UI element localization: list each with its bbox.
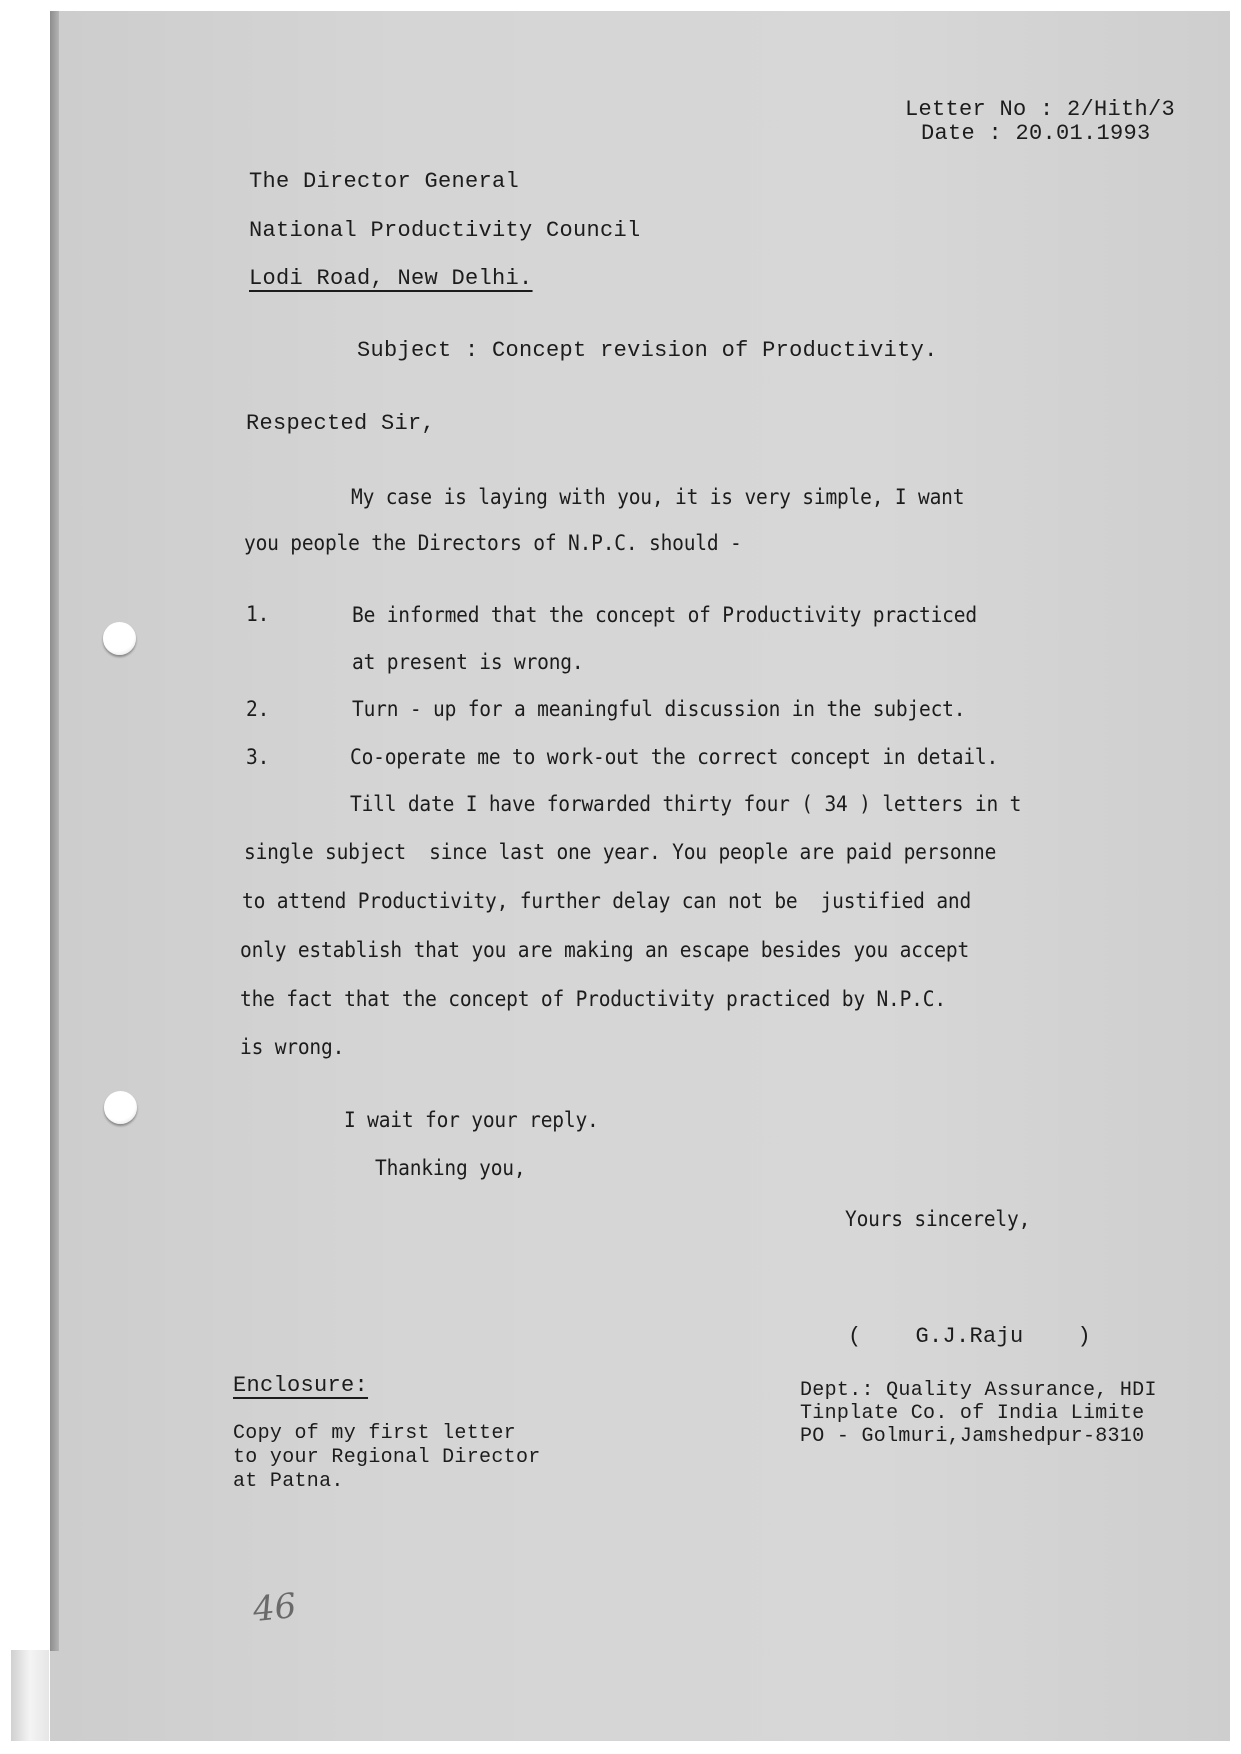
punch-hole-icon bbox=[103, 622, 136, 655]
recipient-line-1: The Director General bbox=[249, 169, 519, 194]
body-paragraph-line: single subject since last one year. You … bbox=[244, 840, 996, 864]
thanks-line: Thanking you, bbox=[375, 1156, 525, 1180]
dept-line-3: PO - Golmuri,Jamshedpur-8310 bbox=[800, 1425, 1144, 1448]
body-paragraph-line: only establish that you are making an es… bbox=[240, 938, 969, 962]
point-number: 1. bbox=[246, 602, 269, 626]
scan-edge-shadow bbox=[50, 11, 59, 1651]
closing-yours: Yours sincerely, bbox=[845, 1207, 1030, 1231]
point-text: at present is wrong. bbox=[352, 650, 583, 674]
body-paragraph-line: to attend Productivity, further delay ca… bbox=[242, 889, 971, 913]
body-intro-line-2: you people the Directors of N.P.C. shoul… bbox=[244, 531, 742, 555]
body-paragraph-line: the fact that the concept of Productivit… bbox=[240, 987, 946, 1011]
enclosure-line-2: to your Regional Director bbox=[233, 1446, 541, 1469]
page-fold bbox=[11, 1650, 49, 1741]
letter-date: Date : 20.01.1993 bbox=[921, 121, 1151, 146]
letter-number: Letter No : 2/Hith/3 bbox=[905, 97, 1175, 122]
body-paragraph-line: Till date I have forwarded thirty four (… bbox=[350, 792, 1021, 816]
body-intro-line-1: My case is laying with you, it is very s… bbox=[351, 485, 964, 509]
enclosure-label: Enclosure: bbox=[233, 1373, 368, 1398]
handwritten-page-number: 46 bbox=[251, 1586, 298, 1630]
subject-line: Subject : Concept revision of Productivi… bbox=[357, 338, 938, 363]
signatory-name: ( G.J.Raju ) bbox=[848, 1324, 1091, 1349]
dept-line-2: Tinplate Co. of India Limite bbox=[800, 1402, 1144, 1425]
point-number: 2. bbox=[246, 697, 269, 721]
enclosure-line-1: Copy of my first letter bbox=[233, 1422, 516, 1445]
point-text: Be informed that the concept of Producti… bbox=[352, 603, 977, 627]
recipient-line-3: Lodi Road, New Delhi. bbox=[249, 266, 533, 291]
letter-page bbox=[50, 11, 1230, 1741]
body-paragraph-line: is wrong. bbox=[240, 1035, 344, 1059]
point-number: 3. bbox=[246, 745, 269, 769]
point-text: Turn - up for a meaningful discussion in… bbox=[352, 697, 965, 721]
enclosure-line-3: at Patna. bbox=[233, 1470, 344, 1493]
wait-line: I wait for your reply. bbox=[344, 1108, 599, 1132]
dept-line-1: Dept.: Quality Assurance, HDI bbox=[800, 1379, 1157, 1402]
recipient-line-2: National Productivity Council bbox=[249, 218, 641, 243]
salutation: Respected Sir, bbox=[246, 411, 435, 436]
point-text: Co-operate me to work-out the correct co… bbox=[350, 745, 998, 769]
punch-hole-icon bbox=[104, 1091, 137, 1124]
